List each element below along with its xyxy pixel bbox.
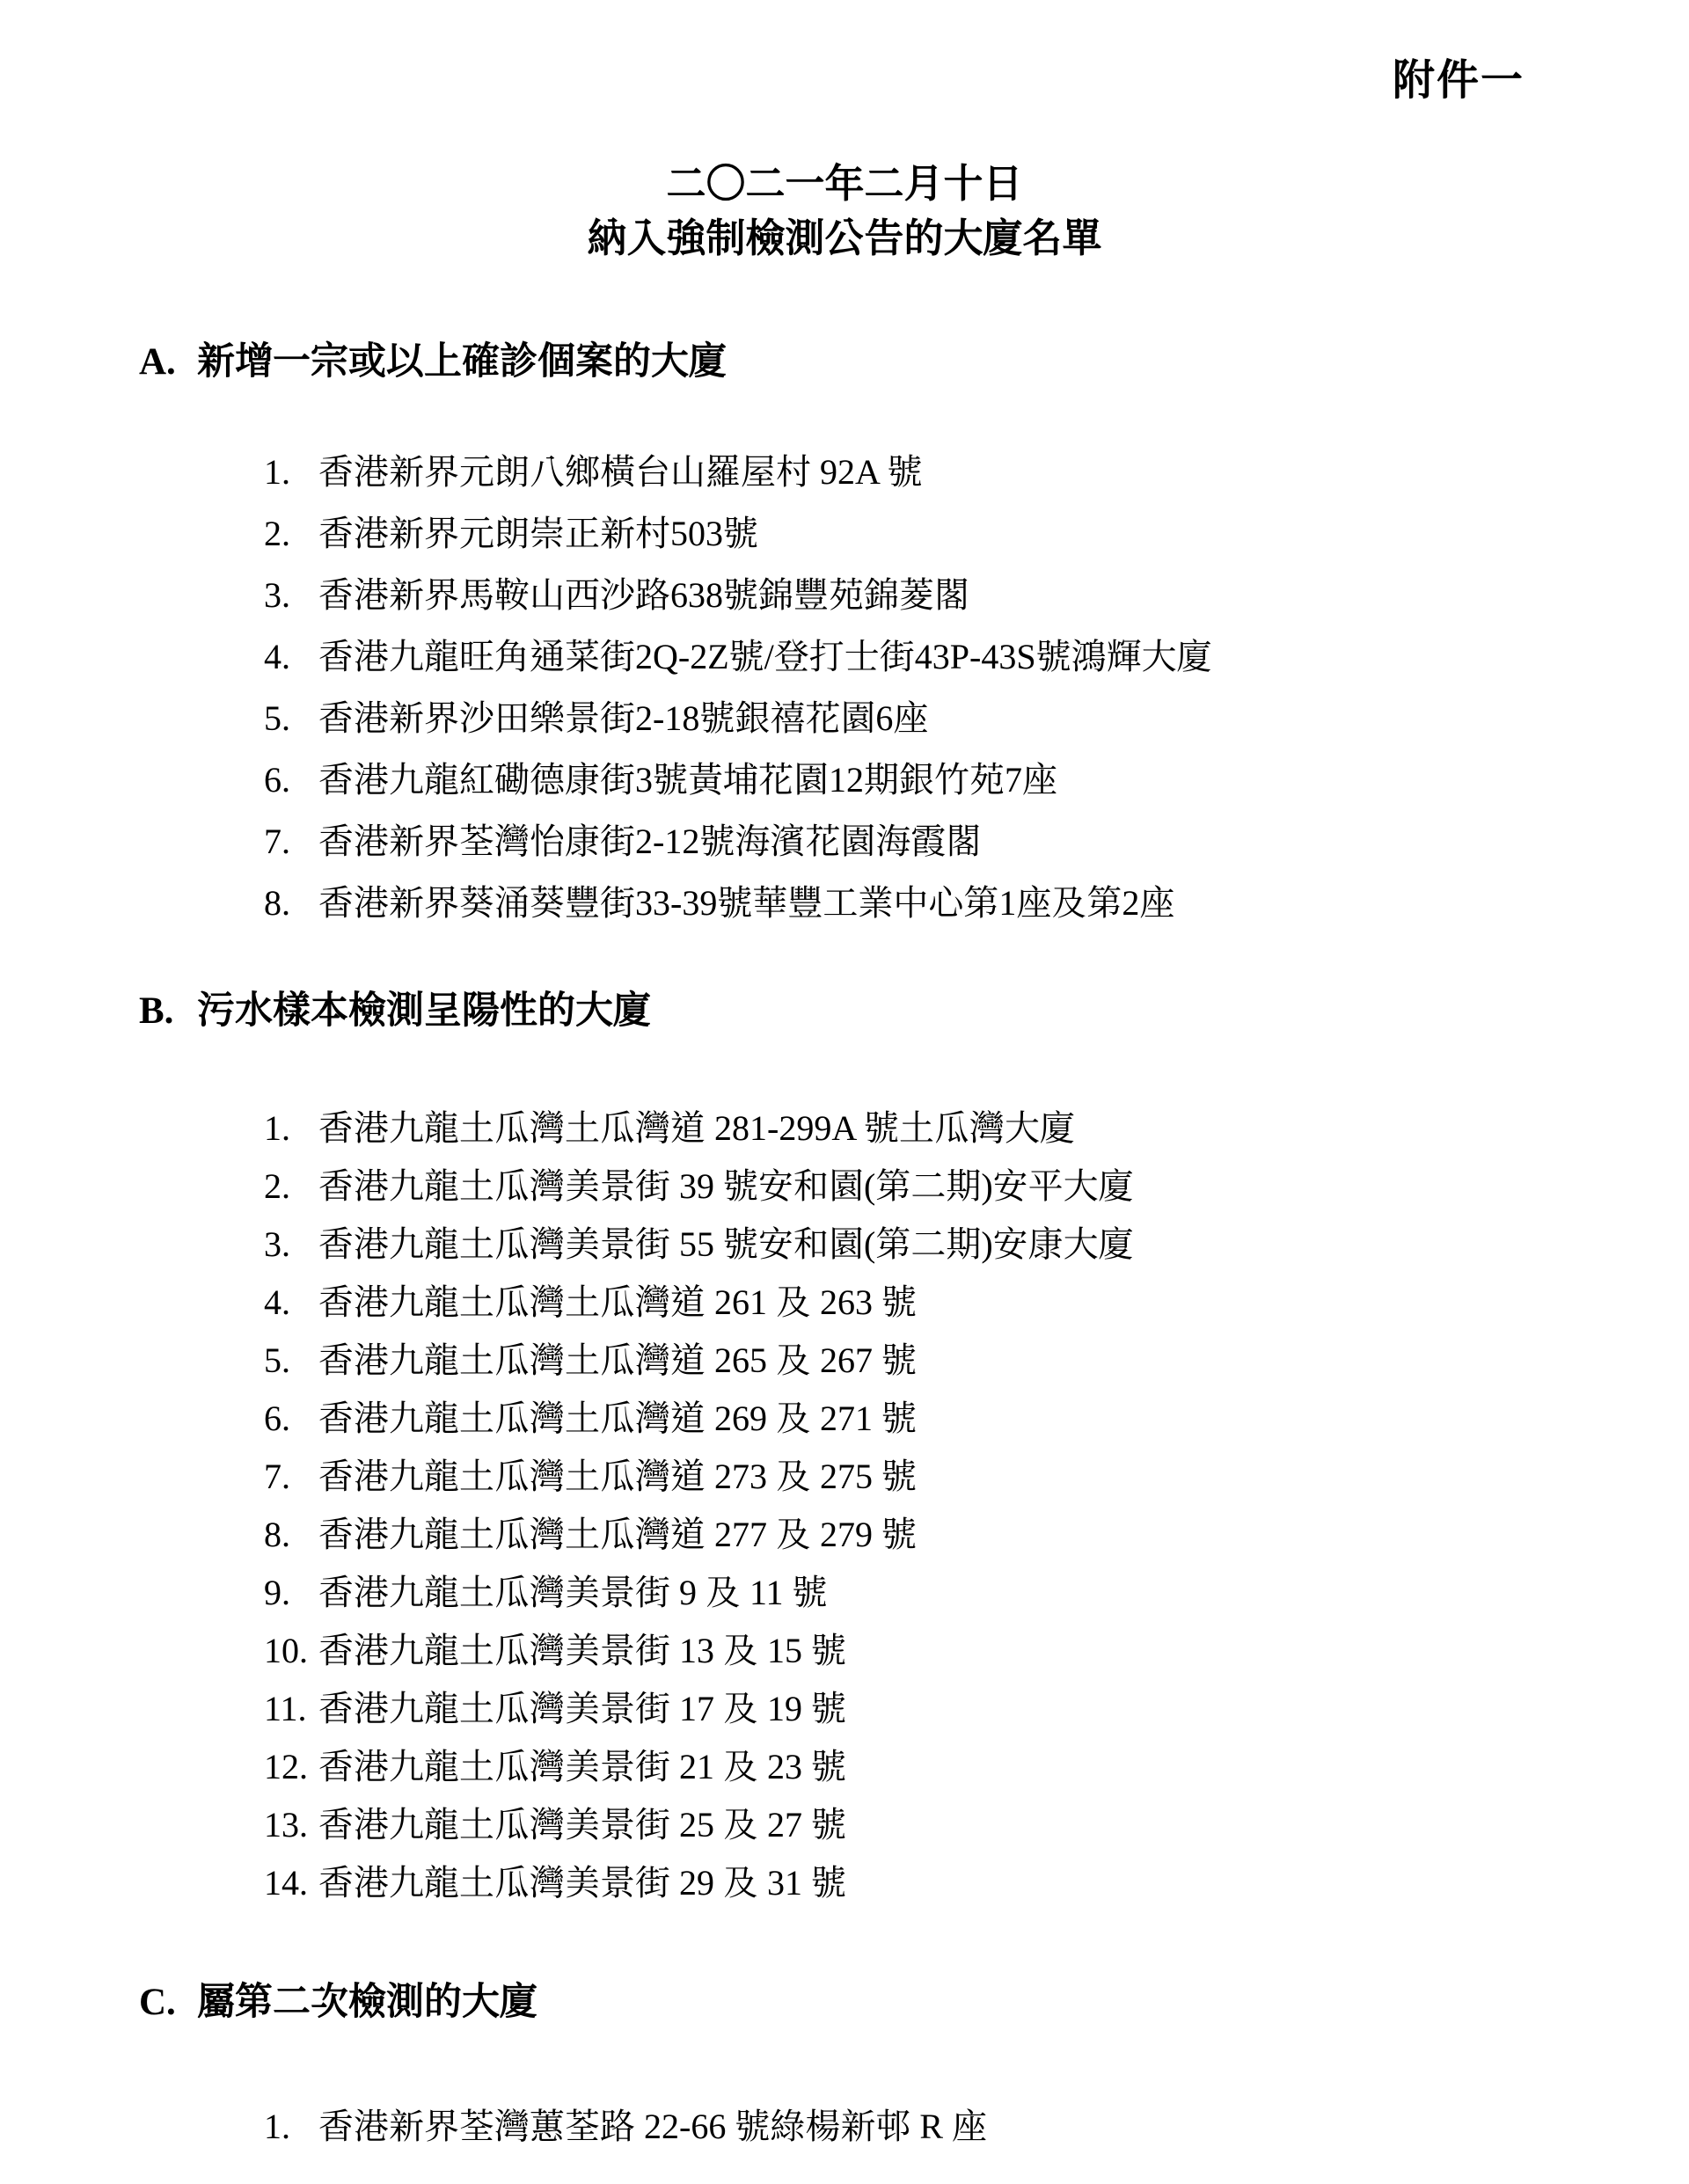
section-heading: 屬第二次檢測的大廈 <box>197 1980 537 2026</box>
list-item-text: 香港新界元朗八鄉橫台山羅屋村 92A 號 <box>318 450 923 494</box>
list-item-number: 4. <box>264 635 318 679</box>
list-item-text: 香港九龍土瓜灣土瓜灣道 269 及 271 號 <box>318 1397 917 1441</box>
list-item-number: 7. <box>264 1455 318 1499</box>
list-item-number: 6. <box>264 758 318 802</box>
list-item-number: 10. <box>264 1629 318 1673</box>
list-item-number: 8. <box>264 1513 318 1557</box>
section-item-list: 1. 香港新界荃灣蕙荃路 22-66 號綠楊新邨 R 座 <box>0 2105 1689 2149</box>
list-item-text: 香港新界葵涌葵豐街33-39號華豐工業中心第1座及第2座 <box>318 881 1174 925</box>
list-item-number: 2. <box>264 1165 318 1209</box>
list-item: 8. 香港九龍土瓜灣土瓜灣道 277 及 279 號 <box>0 1513 1689 1557</box>
list-item: 11. 香港九龍土瓜灣美景街 17 及 19 號 <box>0 1687 1689 1731</box>
list-item: 3. 香港新界馬鞍山西沙路638號錦豐苑錦菱閣 <box>0 573 1689 617</box>
list-item-number: 6. <box>264 1397 318 1441</box>
list-item-text: 香港九龍土瓜灣土瓜灣道 277 及 279 號 <box>318 1513 917 1557</box>
list-item-number: 9. <box>264 1571 318 1615</box>
list-item-number: 2. <box>264 512 318 556</box>
list-item: 14. 香港九龍土瓜灣美景街 29 及 31 號 <box>0 1861 1689 1905</box>
list-item-number: 1. <box>264 1107 318 1150</box>
list-item-text: 香港新界荃灣怡康街2-12號海濱花園海霞閣 <box>318 820 981 864</box>
section-heading-row: C. 屬第二次檢測的大廈 <box>0 1980 1689 2026</box>
list-item: 2. 香港新界元朗崇正新村503號 <box>0 512 1689 556</box>
list-item: 1. 香港九龍土瓜灣土瓜灣道 281-299A 號土瓜灣大廈 <box>0 1107 1689 1150</box>
list-item-number: 12. <box>264 1745 318 1789</box>
list-item-text: 香港九龍紅磡德康街3號黃埔花園12期銀竹苑7座 <box>318 758 1057 802</box>
list-item: 4. 香港九龍旺角通菜街2Q-2Z號/登打士街43P-43S號鴻輝大廈 <box>0 635 1689 679</box>
list-item-text: 香港九龍土瓜灣美景街 13 及 15 號 <box>318 1629 846 1673</box>
list-item-number: 1. <box>264 2105 318 2149</box>
list-item: 8. 香港新界葵涌葵豐街33-39號華豐工業中心第1座及第2座 <box>0 881 1689 925</box>
section-item-list: 1. 香港新界元朗八鄉橫台山羅屋村 92A 號 2. 香港新界元朗崇正新村503… <box>0 450 1689 925</box>
sections-container: A. 新增一宗或以上確診個案的大廈 1. 香港新界元朗八鄉橫台山羅屋村 92A … <box>0 340 1689 2149</box>
section-heading: 新增一宗或以上確診個案的大廈 <box>197 340 727 385</box>
list-item-text: 香港九龍土瓜灣美景街 55 號安和園(第二期)安康大廈 <box>318 1223 1134 1267</box>
list-item: 3. 香港九龍土瓜灣美景街 55 號安和園(第二期)安康大廈 <box>0 1223 1689 1267</box>
list-item-text: 香港九龍土瓜灣美景街 25 及 27 號 <box>318 1803 846 1847</box>
list-item-text: 香港新界元朗崇正新村503號 <box>318 512 758 556</box>
list-item-text: 香港九龍土瓜灣土瓜灣道 261 及 263 號 <box>318 1281 917 1325</box>
section-letter: A. <box>139 340 197 385</box>
list-item-number: 1. <box>264 450 318 494</box>
document-page: 附件一 二〇二一年二月十日 納入強制檢測公告的大廈名單 A. 新增一宗或以上確診… <box>0 0 1689 2184</box>
list-item-number: 13. <box>264 1803 318 1847</box>
list-item-text: 香港九龍土瓜灣美景街 21 及 23 號 <box>318 1745 846 1789</box>
list-item: 6. 香港九龍土瓜灣土瓜灣道 269 及 271 號 <box>0 1397 1689 1441</box>
section: B. 污水樣本檢測呈陽性的大廈 1. 香港九龍土瓜灣土瓜灣道 281-299A … <box>0 989 1689 1905</box>
section-letter: C. <box>139 1980 197 2026</box>
list-item-text: 香港九龍土瓜灣美景街 17 及 19 號 <box>318 1687 846 1731</box>
list-item: 5. 香港新界沙田樂景街2-18號銀禧花園6座 <box>0 697 1689 741</box>
list-item: 9. 香港九龍土瓜灣美景街 9 及 11 號 <box>0 1571 1689 1615</box>
list-item-number: 7. <box>264 820 318 864</box>
list-item: 10. 香港九龍土瓜灣美景街 13 及 15 號 <box>0 1629 1689 1673</box>
list-item: 7. 香港新界荃灣怡康街2-12號海濱花園海霞閣 <box>0 820 1689 864</box>
section-letter: B. <box>139 989 197 1034</box>
list-item-number: 5. <box>264 1339 318 1383</box>
list-item-text: 香港新界沙田樂景街2-18號銀禧花園6座 <box>318 697 928 741</box>
list-item-text: 香港九龍土瓜灣土瓜灣道 281-299A 號土瓜灣大廈 <box>318 1107 1075 1150</box>
list-item: 6. 香港九龍紅磡德康街3號黃埔花園12期銀竹苑7座 <box>0 758 1689 802</box>
list-item: 4. 香港九龍土瓜灣土瓜灣道 261 及 263 號 <box>0 1281 1689 1325</box>
section: C. 屬第二次檢測的大廈 1. 香港新界荃灣蕙荃路 22-66 號綠楊新邨 R … <box>0 1980 1689 2149</box>
list-item-text: 香港九龍土瓜灣土瓜灣道 273 及 275 號 <box>318 1455 917 1499</box>
list-item-number: 8. <box>264 881 318 925</box>
section-heading-row: A. 新增一宗或以上確診個案的大廈 <box>0 340 1689 385</box>
list-item-text: 香港新界馬鞍山西沙路638號錦豐苑錦菱閣 <box>318 573 969 617</box>
list-item-number: 4. <box>264 1281 318 1325</box>
list-item: 2. 香港九龍土瓜灣美景街 39 號安和園(第二期)安平大廈 <box>0 1165 1689 1209</box>
title-subject: 納入強制檢測公告的大廈名單 <box>0 211 1689 266</box>
list-item-number: 11. <box>264 1687 318 1731</box>
list-item-number: 5. <box>264 697 318 741</box>
annex-label: 附件一 <box>1393 46 1524 106</box>
list-item-text: 香港九龍土瓜灣美景街 39 號安和園(第二期)安平大廈 <box>318 1165 1134 1209</box>
section-item-list: 1. 香港九龍土瓜灣土瓜灣道 281-299A 號土瓜灣大廈 2. 香港九龍土瓜… <box>0 1107 1689 1905</box>
list-item: 5. 香港九龍土瓜灣土瓜灣道 265 及 267 號 <box>0 1339 1689 1383</box>
list-item-number: 3. <box>264 1223 318 1267</box>
title-date: 二〇二一年二月十日 <box>0 157 1689 211</box>
section-heading-row: B. 污水樣本檢測呈陽性的大廈 <box>0 989 1689 1034</box>
document-title: 二〇二一年二月十日 納入強制檢測公告的大廈名單 <box>0 0 1689 266</box>
list-item-text: 香港九龍旺角通菜街2Q-2Z號/登打士街43P-43S號鴻輝大廈 <box>318 635 1212 679</box>
list-item-text: 香港九龍土瓜灣美景街 29 及 31 號 <box>318 1861 846 1905</box>
section-heading: 污水樣本檢測呈陽性的大廈 <box>197 989 651 1034</box>
list-item: 13. 香港九龍土瓜灣美景街 25 及 27 號 <box>0 1803 1689 1847</box>
list-item: 1. 香港新界元朗八鄉橫台山羅屋村 92A 號 <box>0 450 1689 494</box>
section: A. 新增一宗或以上確診個案的大廈 1. 香港新界元朗八鄉橫台山羅屋村 92A … <box>0 340 1689 925</box>
list-item-number: 3. <box>264 573 318 617</box>
list-item-number: 14. <box>264 1861 318 1905</box>
list-item: 7. 香港九龍土瓜灣土瓜灣道 273 及 275 號 <box>0 1455 1689 1499</box>
list-item-text: 香港九龍土瓜灣土瓜灣道 265 及 267 號 <box>318 1339 917 1383</box>
list-item-text: 香港新界荃灣蕙荃路 22-66 號綠楊新邨 R 座 <box>318 2105 987 2149</box>
list-item-text: 香港九龍土瓜灣美景街 9 及 11 號 <box>318 1571 828 1615</box>
list-item: 1. 香港新界荃灣蕙荃路 22-66 號綠楊新邨 R 座 <box>0 2105 1689 2149</box>
list-item: 12. 香港九龍土瓜灣美景街 21 及 23 號 <box>0 1745 1689 1789</box>
